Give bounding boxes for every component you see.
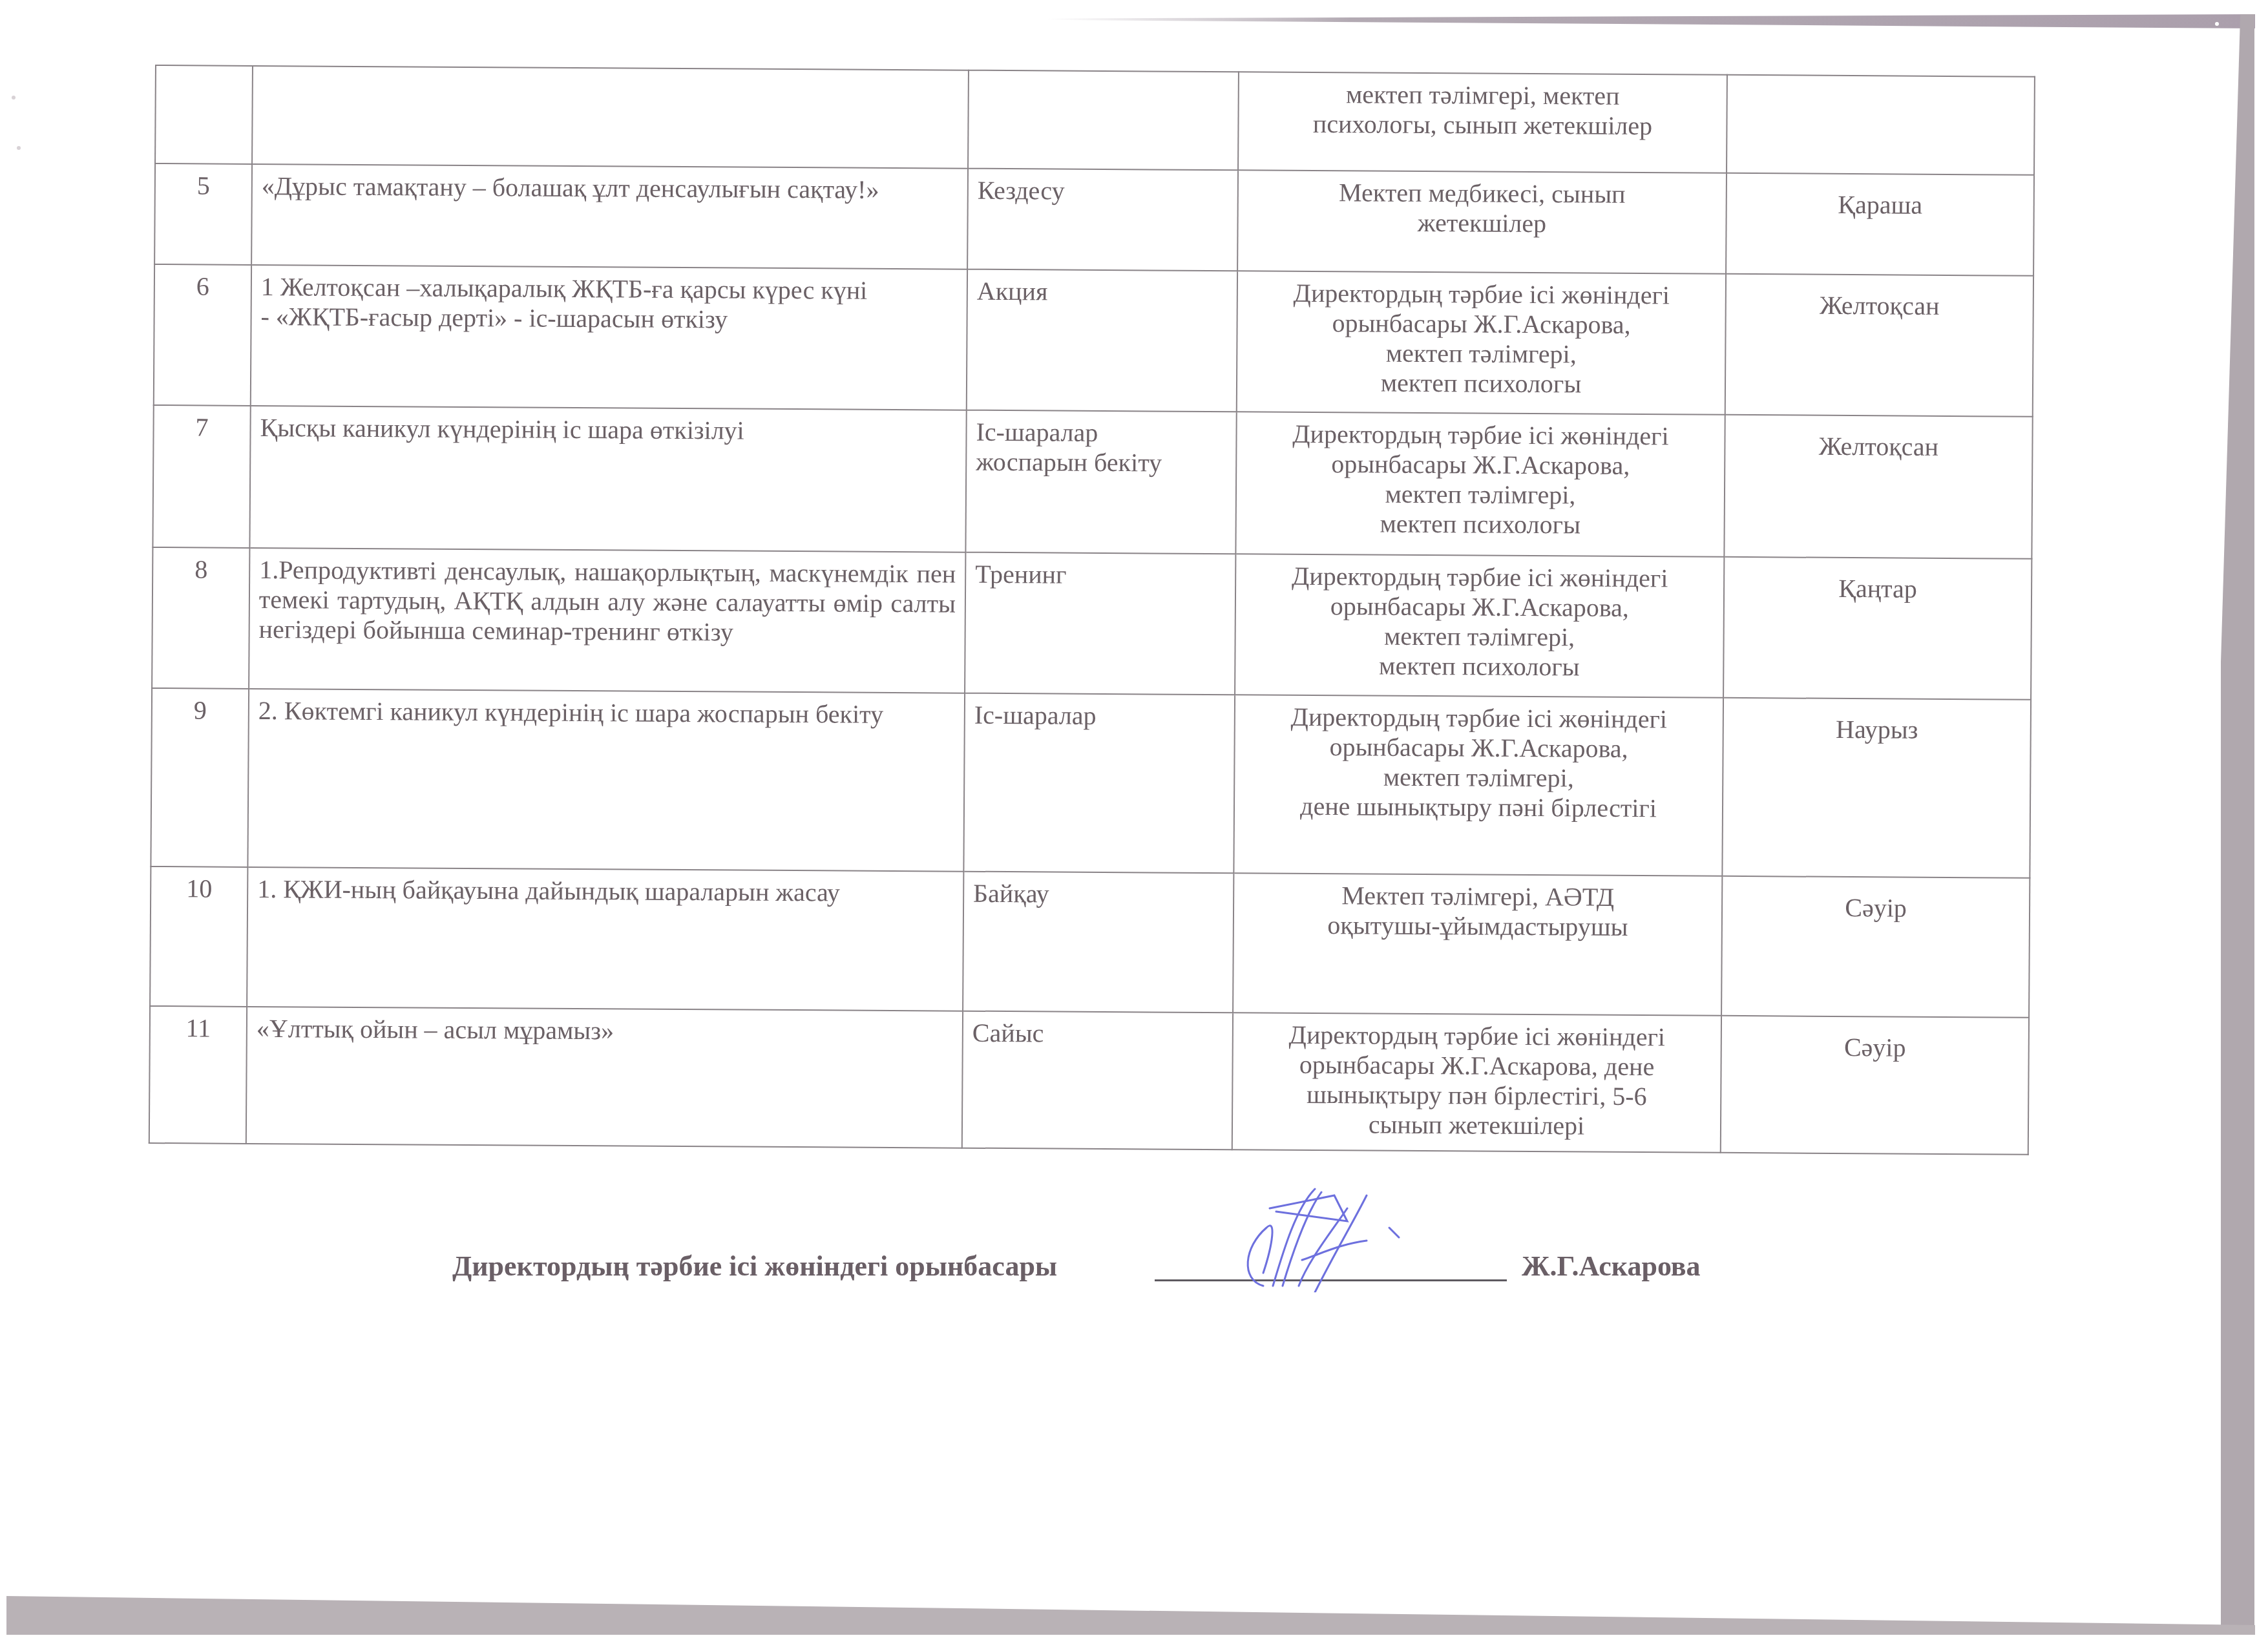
event-form: Іс-шаралар — [963, 693, 1235, 874]
responsible-persons: Мектеп медбикесі, сыныпжетекшілер — [1237, 170, 1727, 274]
table-row: мектеп тәлімгері, мектеппсихологы, сынып… — [155, 65, 2035, 175]
responsible-persons-text: мектеп психологы — [1246, 508, 1715, 540]
event-name-text — [262, 73, 959, 78]
responsible-persons: Директордың тәрбие ісі жөніндегіорынбаса… — [1234, 695, 1723, 876]
row-number: 8 — [152, 547, 249, 689]
event-name: «Ұлттық ойын – асыл мұрамыз» — [246, 1007, 963, 1148]
responsible-persons: Директордың тәрбие ісі жөніндегіорынбаса… — [1237, 271, 1726, 415]
responsible-persons-text: Мектеп тәлімгері, АӘТД — [1243, 880, 1712, 912]
event-name-text: «Ұлттық ойын – асыл мұрамыз» — [257, 1014, 953, 1048]
event-form: Акция — [967, 269, 1237, 412]
event-name-text: Қысқы каникул күндерінің іс шара өткізіл… — [260, 413, 956, 447]
event-name: 1.Репродуктивті денсаулық, нашақорлықтың… — [249, 548, 965, 693]
row-number-text: 5 — [165, 171, 242, 201]
event-date-text — [1737, 82, 2025, 93]
signature-name: Ж.Г.Аскарова — [1522, 1250, 1701, 1283]
table-row: 7Қысқы каникул күндерінің іс шара өткізі… — [152, 405, 2032, 559]
responsible-persons-text: Директордың тәрбие ісі жөніндегі — [1245, 561, 1714, 593]
signature-block: Директордың тәрбие ісі жөніндегі орынбас… — [452, 1228, 1745, 1292]
responsible-persons-text: Директордың тәрбие ісі жөніндегі — [1244, 702, 1714, 734]
event-name-text: 2. Көктемгі каникул күндерінің іс шара ж… — [258, 696, 955, 730]
event-date-text: Желтоқсан — [1734, 422, 2022, 463]
event-form-text: Кездесу — [978, 176, 1228, 207]
event-date — [1727, 75, 2035, 175]
event-form: Сайыс — [962, 1011, 1233, 1150]
event-name-text: 1 Желтоқсан –халықаралық ЖҚТБ-ға қарсы к… — [261, 272, 958, 306]
row-number-text: 8 — [162, 554, 240, 585]
plan-table-body: мектеп тәлімгері, мектеппсихологы, сынып… — [149, 65, 2035, 1155]
responsible-persons-text: Директордың тәрбие ісі жөніндегі — [1247, 278, 1716, 310]
responsible-persons: мектеп тәлімгері, мектеппсихологы, сынып… — [1238, 72, 1727, 173]
responsible-persons-text: оқытушы-ұйымдастырушы — [1243, 910, 1712, 942]
responsible-persons-text: мектеп тәлімгері, мектеп — [1248, 79, 1717, 111]
event-form — [968, 70, 1239, 171]
event-name — [252, 66, 969, 169]
responsible-persons-text: Директордың тәрбие ісі жөніндегі — [1246, 419, 1715, 451]
event-form-text — [978, 78, 1229, 79]
responsible-persons-text: мектеп психологы — [1246, 367, 1716, 399]
responsible-persons-text: Директордың тәрбие ісі жөніндегі — [1243, 1020, 1712, 1052]
scan-speck — [17, 146, 21, 150]
responsible-persons-text: шынықтыру пән бірлестігі, 5-6 — [1242, 1079, 1711, 1111]
responsible-persons: Директордың тәрбие ісі жөніндегіорынбаса… — [1235, 412, 1725, 557]
event-form-text: Сайыс — [972, 1018, 1223, 1049]
event-name: 2. Көктемгі каникул күндерінің іс шара ж… — [247, 689, 965, 872]
responsible-persons-text: орынбасары Ж.Г.Аскарова, — [1246, 308, 1716, 340]
event-form: Байқау — [963, 872, 1234, 1013]
event-name: 1 Желтоқсан –халықаралық ЖҚТБ-ға қарсы к… — [251, 265, 967, 410]
event-date: Қаңтар — [1723, 557, 2032, 700]
handwritten-signature-icon — [1237, 1182, 1405, 1292]
table-row: 5«Дұрыс тамақтану – болашақ ұлт денсаулы… — [154, 163, 2034, 276]
table-row: 101. ҚЖИ-ның байқауына дайындық шаралары… — [150, 867, 2030, 1018]
event-form-text: Іс-шаралар — [974, 700, 1225, 731]
responsible-persons-text: мектеп тәлімгері, — [1244, 761, 1713, 793]
row-number: 10 — [150, 867, 247, 1007]
responsible-persons-text: Мектеп медбикесі, сынып — [1248, 177, 1717, 209]
signature-title: Директордың тәрбие ісі жөніндегі орынбас… — [452, 1250, 1057, 1283]
event-form-text: Байқау — [973, 879, 1224, 910]
row-number: 11 — [149, 1006, 247, 1144]
responsible-persons-text: мектеп психологы — [1244, 650, 1714, 682]
event-form-text: Акция — [977, 277, 1228, 308]
row-number-text: 9 — [162, 695, 239, 726]
table-row: 81.Репродуктивті денсаулық, нашақорлықты… — [152, 547, 2032, 700]
event-name: Қысқы каникул күндерінің іс шара өткізіл… — [249, 406, 966, 552]
scan-border-top — [1047, 14, 2255, 28]
responsible-persons: Директордың тәрбие ісі жөніндегіорынбаса… — [1235, 554, 1724, 698]
event-name: «Дұрыс тамақтану – болашақ ұлт денсаулығ… — [251, 164, 968, 269]
event-date-text: Желтоқсан — [1736, 281, 2024, 322]
responsible-persons-text: орынбасары Ж.Г.Аскарова, дене — [1242, 1049, 1711, 1082]
responsible-persons-text: мектеп тәлімгері, — [1246, 478, 1715, 510]
responsible-persons: Директордың тәрбие ісі жөніндегіорынбаса… — [1232, 1013, 1721, 1153]
responsible-persons-text: дене шынықтыру пәні бірлестігі — [1244, 791, 1713, 823]
row-number-text: 10 — [160, 874, 238, 904]
scan-speck — [2215, 22, 2219, 26]
event-date: Қараша — [1726, 173, 2034, 276]
responsible-persons-text: орынбасары Ж.Г.Аскарова, — [1244, 731, 1713, 764]
row-number: 7 — [152, 405, 250, 548]
table-row: 11«Ұлттық ойын – асыл мұрамыз»СайысДирек… — [149, 1006, 2029, 1155]
event-date-text: Сәуір — [1732, 883, 2020, 924]
responsible-persons-text: жетекшілер — [1247, 207, 1716, 239]
event-name-text: 1.Репродуктивті денсаулық, нашақорлықтың… — [259, 555, 956, 649]
event-date-text: Наурыз — [1733, 705, 2021, 746]
event-name: 1. ҚЖИ-ның байқауына дайындық шараларын … — [247, 867, 963, 1011]
row-number: 9 — [151, 688, 249, 867]
event-name-text: «Дұрыс тамақтану – болашақ ұлт денсаулығ… — [262, 171, 958, 205]
event-form: Іс-шараларжоспарын бекіту — [965, 410, 1236, 554]
row-number-text: 6 — [164, 271, 242, 302]
scan-border-bottom — [6, 1596, 2255, 1635]
row-number: 5 — [154, 163, 252, 265]
row-number-text: 11 — [160, 1013, 237, 1044]
event-date: Наурыз — [1722, 698, 2031, 878]
event-form: Кездесу — [967, 169, 1238, 271]
responsible-persons-text: психологы, сынып жетекшілер — [1248, 109, 1717, 141]
event-date-text: Қаңтар — [1734, 564, 2022, 605]
responsible-persons: Мектеп тәлімгері, АӘТДоқытушы-ұйымдастыр… — [1233, 873, 1722, 1016]
event-name-text: 1. ҚЖИ-ның байқауына дайындық шараларын … — [257, 874, 954, 909]
responsible-persons-text: орынбасары Ж.Г.Аскарова, — [1245, 591, 1714, 623]
row-number: 6 — [154, 264, 251, 406]
event-form: Тренинг — [965, 552, 1235, 695]
event-date: Сәуір — [1721, 1016, 2029, 1155]
row-number-text: 7 — [163, 412, 240, 443]
event-name-text: - «ЖҚТБ-ғасыр дерті» - іс-шарасын өткізу — [260, 302, 957, 336]
scan-border-right — [2221, 14, 2254, 1635]
event-date: Сәуір — [1721, 876, 2030, 1018]
table-row: 61 Желтоқсан –халықаралық ЖҚТБ-ға қарсы … — [154, 264, 2033, 417]
responsible-persons-text: сынып жетекшілері — [1242, 1109, 1711, 1141]
responsible-persons-text: мектеп тәлімгері, — [1244, 620, 1714, 653]
event-date-text: Қараша — [1736, 180, 2024, 221]
event-form-text: Тренинг — [975, 560, 1226, 591]
event-date: Желтоқсан — [1724, 415, 2032, 559]
event-form-text: жоспарын бекіту — [976, 447, 1226, 478]
row-number-text — [165, 72, 243, 73]
event-date: Желтоқсан — [1725, 274, 2033, 417]
event-date-text: Сәуір — [1731, 1023, 2019, 1064]
row-number — [155, 65, 253, 164]
responsible-persons-text: орынбасары Ж.Г.Аскарова, — [1246, 448, 1715, 481]
event-form-text: Іс-шаралар — [976, 417, 1226, 448]
table-row: 92. Көктемгі каникул күндерінің іс шара … — [151, 688, 2031, 878]
responsible-persons-text: мектеп тәлімгері, — [1246, 337, 1716, 370]
scan-speck — [12, 96, 16, 100]
plan-table: мектеп тәлімгері, мектеппсихологы, сынып… — [149, 65, 2035, 1155]
